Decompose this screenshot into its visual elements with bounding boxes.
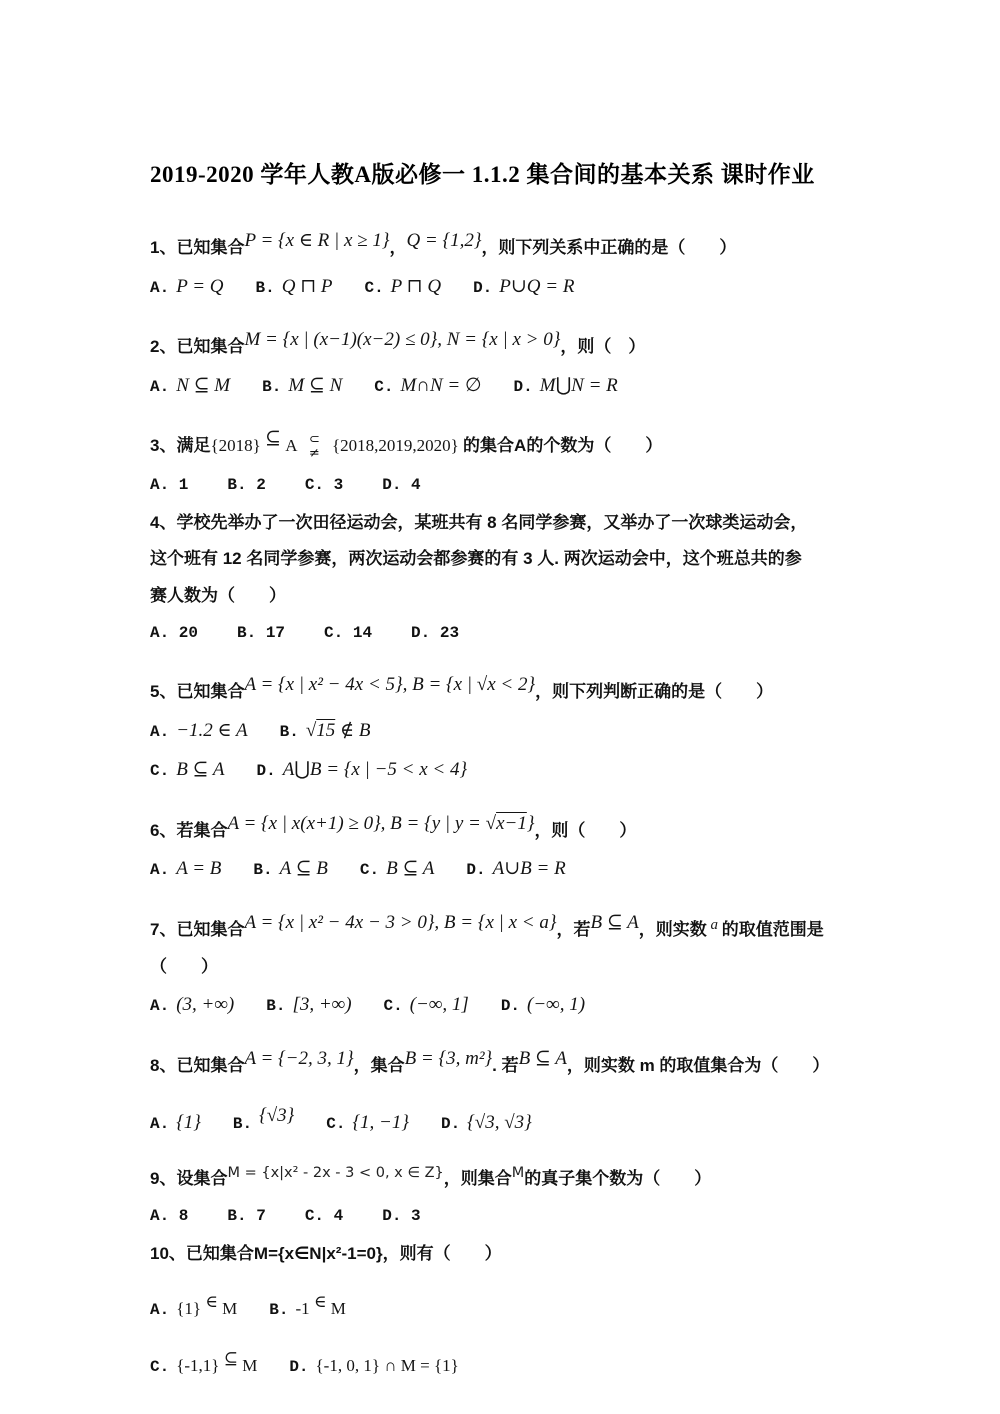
option-label: D. [501, 997, 520, 1015]
option-label: D. 23 [411, 624, 459, 642]
question-10: 10、已知集合M={x∈N|x²-1=0}，则有（ ）A.{1} ∈ MB.-1… [150, 1242, 860, 1379]
question-7-line-3: A.(3, +∞)B.[3, +∞)C.(−∞, 1]D.(−∞, 1) [150, 991, 860, 1019]
math-expression: ⊆ [265, 428, 281, 449]
math-expression: −1.2 ∈ A [176, 720, 247, 741]
math-expression: A∪B = R [493, 858, 566, 879]
option-label: B. 2 [227, 476, 265, 494]
question-3: 3、满足{2018} ⊆ A ⊂≠ {2018,2019,2020} 的集合A的… [150, 413, 860, 496]
option-label: D. 4 [382, 476, 420, 494]
math-expression: {1} [176, 1112, 201, 1133]
option-label: C. [374, 378, 393, 396]
math-expression: M ⊆ N [288, 375, 342, 396]
stem-text: ，若 [556, 920, 590, 939]
option-label: C. [384, 997, 403, 1015]
question-4-line-4: A. 20B. 17C. 14D. 23 [150, 621, 860, 645]
math-expression: B = {3, m²} [405, 1048, 493, 1069]
math-expression: M [512, 1165, 525, 1181]
stem-text: 2、已知集合 [150, 337, 244, 356]
option-label: C. [326, 1115, 345, 1133]
stem-text: 3、满足 [150, 436, 210, 455]
math-expression: {-1, 0, 1} ∩ M = {1} [316, 1356, 459, 1375]
math-expression: A⋃B = {x | −5 < x < 4} [283, 759, 467, 780]
stem-text: ，则（ ） [560, 337, 645, 356]
option-label: A. [150, 279, 169, 297]
option-label: B. [269, 1301, 288, 1319]
question-9-line-1: 9、设集合M = {x|x² - 2x - 3 < 0, x ∈ Z}，则集合M… [150, 1151, 860, 1192]
math-expression: A = B [176, 858, 221, 879]
math-expression: Q = {1,2} [406, 230, 481, 251]
option-label: D. [466, 861, 485, 879]
math-expression: P = Q [176, 276, 223, 297]
math-expression: [3, +∞) [292, 994, 351, 1015]
question-7-line-2: （ ） [150, 955, 860, 980]
stem-text: 7、已知集合 [150, 920, 244, 939]
stem-text: ，则实数 [639, 920, 707, 939]
question-4-line-2: 这个班有 12 名同学参赛，两次运动会都参赛的有 3 人. 两次运动会中，这个班… [150, 547, 860, 572]
option-label: A. 8 [150, 1207, 188, 1225]
math-expression: M = {x|x² - 2x - 3 < 0, x ∈ Z} [227, 1165, 443, 1181]
option-label: A. [150, 861, 169, 879]
question-2-line-2: A.N ⊆ MB.M ⊆ NC.M∩N = ∅D.M⋃N = R [150, 372, 860, 400]
question-7: 7、已知集合A = {x | x² − 4x − 3 > 0}, B = {x … [150, 897, 860, 1019]
question-8: 8、已知集合A = {−2, 3, 1}，集合B = {3, m²}. 若B ⊆… [150, 1033, 860, 1137]
question-10-line-2: A.{1} ∈ MB.-1 ∈ M [150, 1278, 860, 1322]
math-expression: P∪Q = R [499, 276, 574, 297]
math-expression: A = {−2, 3, 1} [244, 1048, 353, 1069]
stem-text: 9、设集合 [150, 1169, 227, 1188]
question-1-line-2: A.P = QB.Q ⊓ PC.P ⊓ QD.P∪Q = R [150, 273, 860, 301]
option-label: B. [233, 1115, 252, 1133]
stem-text: 1、已知集合 [150, 238, 244, 257]
option-label: D. [441, 1115, 460, 1133]
math-sup: a [707, 917, 722, 933]
math-expression: (−∞, 1) [527, 994, 585, 1015]
proper-subset-neq-symbol: ⊂≠ [309, 433, 320, 460]
math-expression: A = {x | x² − 4x − 3 > 0}, B = {x | x < … [244, 912, 556, 933]
stem-text: 4、学校先举办了一次田径运动会，某班共有 8 名同学参赛，又举办了一次球类运动会… [150, 513, 807, 532]
math-expression: A = {x | x(x+1) ≥ 0}, B = {y | y = [227, 813, 485, 834]
option-label: B. 7 [227, 1207, 265, 1225]
math-expression: {√3} [259, 1105, 294, 1126]
question-1-line-1: 1、已知集合P = {x ∈ R | x ≥ 1}，Q = {1,2}，则下列关… [150, 215, 860, 261]
option-label: C. 14 [324, 624, 372, 642]
math-expression: ⊆ [224, 1349, 238, 1368]
option-label: B. [253, 861, 272, 879]
question-4: 4、学校先举办了一次田径运动会，某班共有 8 名同学参赛，又举办了一次球类运动会… [150, 511, 860, 645]
math-expression: M [326, 1299, 345, 1318]
question-5-line-1: 5、已知集合A = {x | x² − 4x < 5}, B = {x | √x… [150, 659, 860, 705]
question-10-line-1: 10、已知集合M={x∈N|x²-1=0}，则有（ ） [150, 1242, 860, 1267]
math-expression: (−∞, 1] [410, 994, 469, 1015]
math-expression: A ⊆ B [280, 858, 328, 879]
math-expression: M∩N = ∅ [400, 375, 481, 396]
question-6: 6、若集合A = {x | x(x+1) ≥ 0}, B = {y | y = … [150, 798, 860, 883]
stem-text: 5、已知集合 [150, 682, 244, 701]
option-label: D. 3 [382, 1207, 420, 1225]
option-label: C. [364, 279, 383, 297]
stem-text: 的真子集个数为（ ） [524, 1169, 711, 1188]
option-label: A. [150, 997, 169, 1015]
stem-text: 8、已知集合 [150, 1056, 244, 1075]
math-expression: M [238, 1356, 257, 1375]
option-label: A. 20 [150, 624, 198, 642]
math-expression: ∈ [205, 1292, 218, 1311]
document-page: 2019-2020 学年人教A版必修一 1.1.2 集合间的基本关系 课时作业 … [0, 0, 1000, 1414]
option-label: C. [360, 861, 379, 879]
question-5: 5、已知集合A = {x | x² − 4x < 5}, B = {x | √x… [150, 659, 860, 784]
math-expression: N ⊆ M [176, 375, 230, 396]
math-expression: {-1,1} [176, 1356, 223, 1375]
option-label: A. 1 [150, 476, 188, 494]
option-label: D. [289, 1358, 308, 1376]
math-expression: {1} [176, 1299, 205, 1318]
question-4-line-3: 赛人数为（ ） [150, 584, 860, 609]
stem-text: （ ） [150, 957, 218, 976]
math-expression: {1, −1} [352, 1112, 409, 1133]
stem-text: 的集合A的个数为（ ） [463, 436, 662, 455]
question-8-line-1: 8、已知集合A = {−2, 3, 1}，集合B = {3, m²}. 若B ⊆… [150, 1033, 860, 1079]
math-expression: M [218, 1299, 237, 1318]
stem-text: ，则下列关系中正确的是（ ） [481, 238, 736, 257]
question-5-line-2: A.−1.2 ∈ AB.√15 ∉ B [150, 717, 860, 745]
option-label: D. [473, 279, 492, 297]
math-expression: B ⊆ A [386, 858, 434, 879]
question-3-line-2: A. 1B. 2C. 3D. 4 [150, 473, 860, 497]
question-7-line-1: 7、已知集合A = {x | x² − 4x − 3 > 0}, B = {x … [150, 897, 860, 943]
math-expression: P = {x ∈ R | x ≥ 1} [244, 230, 389, 251]
option-label: B. [262, 378, 281, 396]
question-3-line-1: 3、满足{2018} ⊆ A ⊂≠ {2018,2019,2020} 的集合A的… [150, 413, 860, 460]
option-label: B. 17 [237, 624, 285, 642]
math-expression: B ⊆ A [590, 912, 638, 933]
option-label: A. [150, 378, 169, 396]
option-label: B. [266, 997, 285, 1015]
stem-text: 10、已知集合M={x∈N|x²-1=0}，则有（ ） [150, 1244, 502, 1263]
stem-text: ， [389, 238, 406, 257]
page-title: 2019-2020 学年人教A版必修一 1.1.2 集合间的基本关系 课时作业 [150, 156, 860, 189]
question-10-line-3: C.{-1,1} ⊆ MD.{-1, 0, 1} ∩ M = {1} [150, 1335, 860, 1379]
option-label: A. [150, 1301, 169, 1319]
stem-text: 赛人数为（ ） [150, 586, 286, 605]
math-expression: ∈ [314, 1292, 327, 1311]
option-label: C. 4 [305, 1207, 343, 1225]
math-expression: A = {x | x² − 4x < 5}, B = {x | √x < 2} [244, 674, 535, 695]
option-label: A. [150, 1115, 169, 1133]
option-label: C. 3 [305, 476, 343, 494]
question-9: 9、设集合M = {x|x² - 2x - 3 < 0, x ∈ Z}，则集合M… [150, 1151, 860, 1228]
stem-text: ，则下列判断正确的是（ ） [535, 682, 773, 701]
question-list: 1、已知集合P = {x ∈ R | x ≥ 1}，Q = {1,2}，则下列关… [150, 215, 860, 1379]
question-9-line-2: A. 8B. 7C. 4D. 3 [150, 1204, 860, 1228]
math-expression: P ⊓ Q [391, 276, 441, 297]
question-6-line-1: 6、若集合A = {x | x(x+1) ≥ 0}, B = {y | y = … [150, 798, 860, 844]
question-2: 2、已知集合M = {x | (x−1)(x−2) ≤ 0}, N = {x |… [150, 314, 860, 399]
option-label: D. [514, 378, 533, 396]
option-label: B. [280, 723, 299, 741]
option-label: D. [257, 762, 276, 780]
math-expression: {2018} [210, 436, 265, 455]
stem-text: 这个班有 12 名同学参赛，两次运动会都参赛的有 3 人. 两次运动会中，这个班… [150, 549, 802, 568]
option-label: C. [150, 762, 169, 780]
stem-text: 6、若集合 [150, 821, 227, 840]
question-5-line-3: C.B ⊆ AD.A⋃B = {x | −5 < x < 4} [150, 756, 860, 784]
option-label: A. [150, 723, 169, 741]
math-expression: B ⊆ A [519, 1048, 567, 1069]
math-expression: ∉ B [335, 720, 370, 741]
stem-text: 的取值范围是 [722, 920, 824, 939]
question-1: 1、已知集合P = {x ∈ R | x ≥ 1}，Q = {1,2}，则下列关… [150, 215, 860, 300]
stem-text: ，集合 [354, 1056, 405, 1075]
math-expression: -1 [295, 1299, 313, 1318]
question-2-line-1: 2、已知集合M = {x | (x−1)(x−2) ≤ 0}, N = {x |… [150, 314, 860, 360]
math-expression: M = {x | (x−1)(x−2) ≤ 0}, N = {x | x > 0… [244, 329, 560, 350]
question-6-line-2: A.A = BB.A ⊆ BC.B ⊆ AD.A∪B = R [150, 855, 860, 883]
stem-text: ，则（ ） [534, 821, 636, 840]
option-label: C. [150, 1358, 169, 1376]
math-expression: M⋃N = R [540, 375, 618, 396]
stem-text: ，则实数 m 的取值集合为（ ） [567, 1056, 830, 1075]
math-expression: (3, +∞) [176, 994, 234, 1015]
math-expression: B ⊆ A [176, 759, 224, 780]
stem-text: . 若 [492, 1056, 518, 1075]
math-expression: √x−1 [486, 813, 527, 834]
math-expression: A [281, 436, 301, 455]
math-expression: {2018,2019,2020} [328, 436, 463, 455]
question-8-line-2: A.{1}B.{√3}C.{1, −1}D.{√3, √3} [150, 1090, 860, 1137]
math-expression: √15 [306, 720, 335, 741]
math-expression: {√3, √3} [467, 1112, 532, 1133]
math-expression: Q ⊓ P [282, 276, 333, 297]
stem-text: ，则集合 [444, 1169, 512, 1188]
question-4-line-1: 4、学校先举办了一次田径运动会，某班共有 8 名同学参赛，又举办了一次球类运动会… [150, 511, 860, 536]
option-label: B. [256, 279, 275, 297]
